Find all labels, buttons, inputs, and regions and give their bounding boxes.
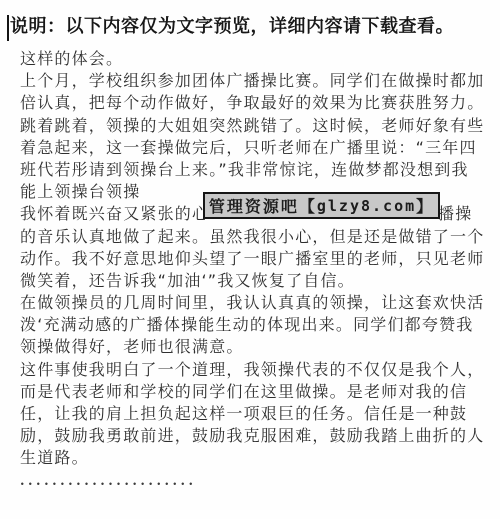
watermark-prefix: 管理资源吧【 — [209, 194, 317, 217]
text-line: 这样的体会。 — [20, 48, 492, 70]
text-line: 上个月，学校组织参加团体广播操比赛。同学们在做操时都加 — [20, 70, 492, 92]
text-line: 生道路。 — [20, 447, 492, 469]
text-line: 的音乐认真地做了起来。虽然我很小心，但是还是做错了一个 — [20, 226, 492, 248]
text-line: 微笑着，还告诉我“加油‘”我又恢复了自信。 — [20, 270, 492, 292]
text-line: 励，鼓励我勇敢前进，鼓励我克服困难，鼓励我踏上曲折的人 — [20, 425, 492, 447]
text-line: 着急起来，这一套操做完后，只听老师在广播里说：“三年四 — [20, 137, 492, 159]
text-line: 在做领操员的几周时间里，我认认真真的领操，让这套欢快活 — [20, 292, 492, 314]
ellipsis-row: ...................... — [20, 471, 492, 493]
watermark-domain: glzy8.com — [317, 197, 416, 215]
text-fragment-left: 我怀着既兴奋又紧张的心 — [20, 204, 209, 223]
text-line: 任，让我的肩上担负起这样一项艰巨的任务。信任是一种鼓 — [20, 403, 492, 425]
watermark-badge: 管理资源吧【glzy8.com】 — [203, 192, 440, 219]
document-preview-page: 说明：以下内容仅为文字预览，详细内容请下载查看。 这样的体会。 上个月，学校组织… — [0, 0, 500, 519]
watermark-suffix: 】 — [416, 194, 434, 217]
text-line: 领操做得好，老师也很满意。 — [20, 336, 492, 358]
text-line: 泼‘充满动感的广播体操能生动的体现出来。同学们都夸赞我 — [20, 314, 492, 336]
text-line: 动作。我不好意思地仰头望了一眼广播室里的老师，只见老师 — [20, 248, 492, 270]
text-line: 而是代表老师和学校的同学们在这里做操。是老师对我的信 — [20, 381, 492, 403]
preview-notice: 说明：以下内容仅为文字预览，详细内容请下载查看。 — [10, 12, 496, 38]
text-line: 这件事使我明白了一个道理，我领操代表的不仅仅是我个人， — [20, 359, 492, 381]
text-line: 跳着跳着，领操的大姐姐突然跳错了。这时候，老师好象有些 — [20, 115, 492, 137]
text-fragment-right: 播操 — [438, 203, 472, 225]
essay-body: 这样的体会。 上个月，学校组织参加团体广播操比赛。同学们在做操时都加 倍认真，把… — [20, 48, 492, 493]
text-line: 倍认真，把每个动作做好，争取最好的效果为比赛获胜努力。 — [20, 92, 492, 114]
text-line: 班代若彤请到领操台上来。”我非常惊诧，连做梦都没想到我 — [20, 159, 492, 181]
text-cursor — [7, 15, 9, 41]
